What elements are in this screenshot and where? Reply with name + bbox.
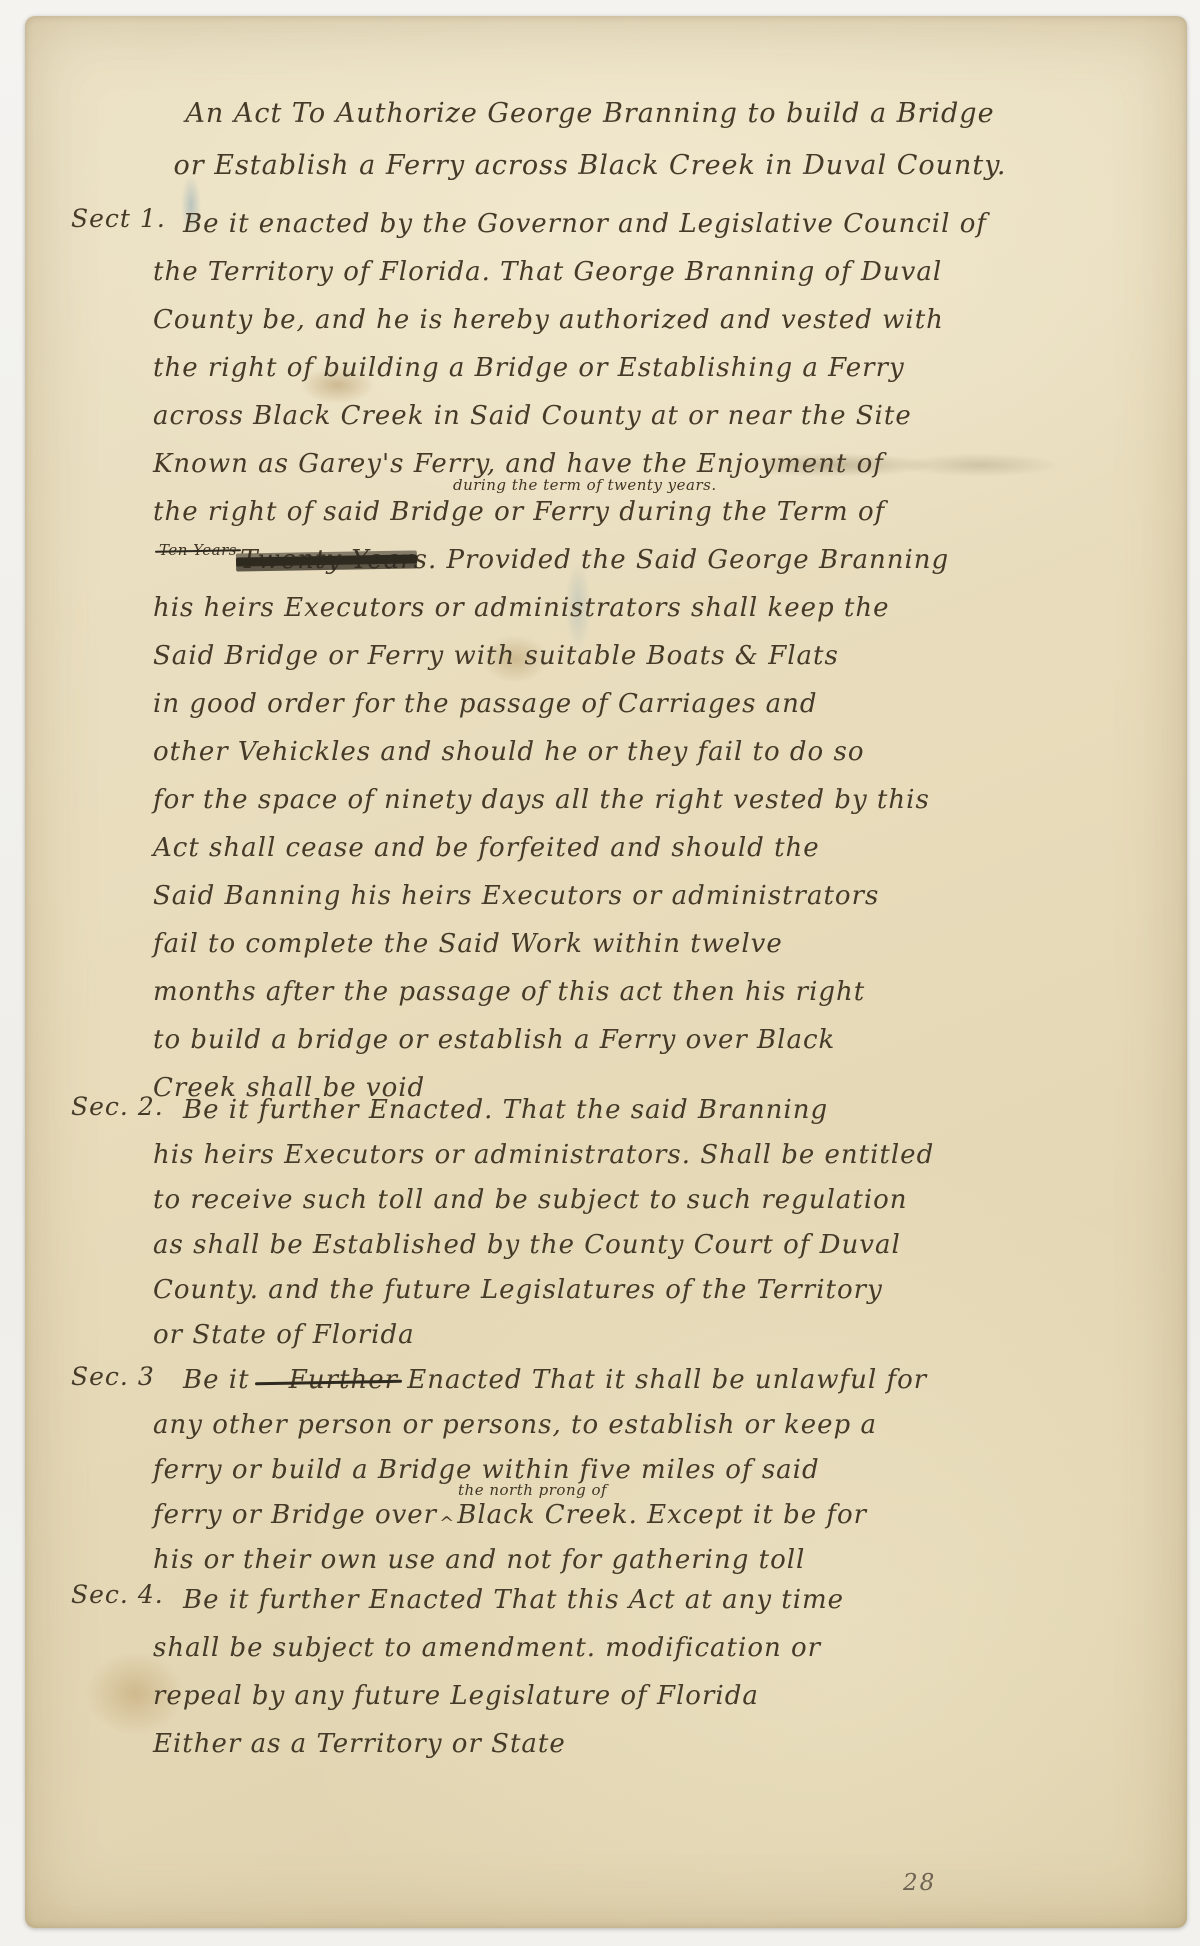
manuscript-line: his heirs Executors or administrators. S… — [153, 1133, 1187, 1178]
manuscript-line: the Territory of Florida. That George Br… — [153, 248, 1187, 296]
manuscript-line: fail to complete the Said Work within tw… — [153, 920, 1187, 968]
manuscript-line: Ten Years Twenty Years. Provided the Sai… — [153, 536, 1187, 584]
line-text: Enacted That it shall be unlawful for — [398, 1365, 927, 1395]
struck-text: Further — [259, 1358, 398, 1403]
struck-text: Twenty Year — [240, 536, 413, 584]
interlinear-insertion-struck: Ten Years — [159, 540, 237, 560]
manuscript-line: the right of building a Bridge or Establ… — [153, 344, 1187, 392]
title-line-1: An Act To Authorize George Branning to b… — [110, 88, 1070, 140]
manuscript-line: shall be subject to amendment. modificat… — [153, 1624, 1187, 1672]
line-text: the right of said Bridge or Ferry during… — [153, 497, 885, 527]
line-text: s. Provided the Said George Branning — [414, 545, 950, 575]
manuscript-line: Act shall cease and be forfeited and sho… — [153, 824, 1187, 872]
interlinear-insertion: the north prong of — [458, 1480, 607, 1500]
manuscript-line: the north prong of ferry or Bridge over^… — [153, 1493, 1187, 1538]
manuscript-line: for the space of ninety days all the rig… — [153, 776, 1187, 824]
manuscript-line: to receive such toll and be subject to s… — [153, 1178, 1187, 1223]
manuscript-line: any other person or persons, to establis… — [153, 1403, 1187, 1448]
manuscript-line: County be, and he is hereby authorized a… — [153, 296, 1187, 344]
page-number: 28 — [903, 1870, 936, 1896]
manuscript-line: Either as a Territory or State — [153, 1720, 1187, 1768]
manuscript-line: across Black Creek in Said County at or … — [153, 392, 1187, 440]
section-4: Sec. 4. Be it further Enacted That this … — [25, 1576, 1187, 1768]
manuscript-line: during the term of twenty years. the rig… — [153, 488, 1187, 536]
section-3: Sec. 3 Be it Further Enacted That it sha… — [25, 1358, 1187, 1583]
manuscript-line: County. and the future Legislatures of t… — [153, 1268, 1187, 1313]
section-label: Sect 1. — [71, 204, 166, 233]
manuscript-line: or State of Florida — [153, 1313, 1187, 1358]
section-2: Sec. 2. Be it further Enacted. That the … — [25, 1088, 1187, 1358]
line-text: Be it — [183, 1365, 259, 1395]
line-text: ferry or Bridge over — [153, 1500, 437, 1530]
manuscript-line: Be it Further Enacted That it shall be u… — [153, 1358, 1187, 1403]
manuscript-line: in good order for the passage of Carriag… — [153, 680, 1187, 728]
manuscript-line: months after the passage of this act the… — [153, 968, 1187, 1016]
section-label: Sec. 4. — [71, 1580, 164, 1609]
manuscript-line: Be it further Enacted. That the said Bra… — [153, 1088, 1187, 1133]
manuscript-line: as shall be Established by the County Co… — [153, 1223, 1187, 1268]
manuscript-line: repeal by any future Legislature of Flor… — [153, 1672, 1187, 1720]
manuscript-line: Be it further Enacted That this Act at a… — [153, 1576, 1187, 1624]
line-text: Black Creek. Except it be for — [457, 1500, 867, 1530]
manuscript-line: other Vehickles and should he or they fa… — [153, 728, 1187, 776]
document-title: An Act To Authorize George Branning to b… — [110, 88, 1070, 192]
manuscript-line: to build a bridge or establish a Ferry o… — [153, 1016, 1187, 1064]
manuscript-line: Said Bridge or Ferry with suitable Boats… — [153, 632, 1187, 680]
manuscript-line: Be it enacted by the Governor and Legisl… — [153, 200, 1187, 248]
title-line-2: or Establish a Ferry across Black Creek … — [110, 140, 1070, 192]
section-label: Sec. 2. — [71, 1092, 164, 1121]
manuscript-line: his heirs Executors or administrators sh… — [153, 584, 1187, 632]
section-label: Sec. 3 — [71, 1362, 155, 1391]
section-1: Sect 1. Be it enacted by the Governor an… — [25, 200, 1187, 1112]
interlinear-insertion: during the term of twenty years. — [453, 475, 717, 495]
manuscript-page: An Act To Authorize George Branning to b… — [25, 16, 1187, 1928]
manuscript-line: ferry or build a Bridge within five mile… — [153, 1448, 1187, 1493]
manuscript-line: Said Banning his heirs Executors or admi… — [153, 872, 1187, 920]
